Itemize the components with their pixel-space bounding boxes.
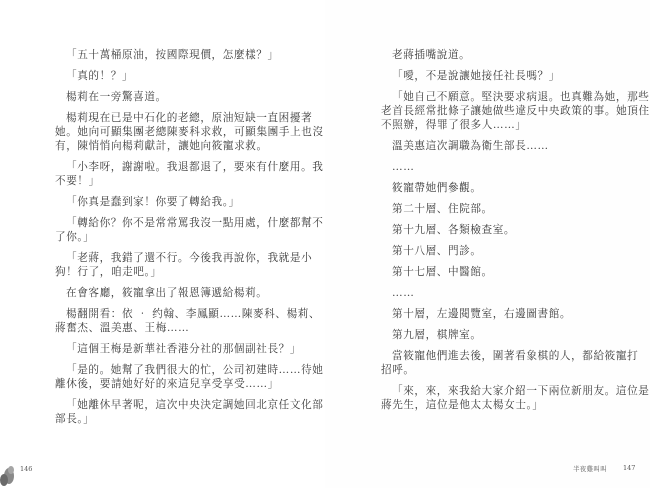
text-line: 在會客廳，筱寵拿出了報恩簿遞給楊莉。: [66, 286, 311, 300]
paragraph: ……: [392, 160, 640, 174]
paragraph: ……: [392, 286, 640, 300]
right-page: 老蔣插嘴說道。「噯，不是說讓她接任社長嗎？」「她自己不願意。堅決要求病退。也真難…: [325, 0, 650, 488]
paragraph: 在會客廳，筱寵拿出了報恩簿遞給楊莉。: [66, 286, 311, 300]
paragraph: 「她離休早著呢，這次中央決定調她回北京任文化部部長。」: [66, 398, 311, 426]
text-line: 「她自己不願意。堅決要求病退。也真難為她，那些: [392, 90, 640, 104]
paragraph: 「是的。她幫了我們很大的忙，公司初建時……待她離休後，要請她好好的來這兒享受享受…: [66, 363, 311, 391]
text-line: 了你。」: [55, 230, 311, 244]
text-line: 狗！行了，咱走吧。」: [55, 265, 311, 279]
paragraph: 「老蔣，我錯了還不行。今後我再說你，我就是小狗！行了，咱走吧。」: [66, 251, 311, 279]
text-line: 第十九層、各類檢查室。: [392, 223, 640, 237]
paragraph: 老蔣插嘴說道。: [392, 48, 640, 62]
text-line: 不照辦，得罪了很多人……」: [381, 118, 640, 132]
paragraph: 筱寵帶她們參觀。: [392, 181, 640, 195]
paragraph: 第十八層、門診。: [392, 244, 640, 258]
text-line: 筱寵帶她們參觀。: [392, 181, 640, 195]
text-line: 她。她向可顯集團老總陳麥科求救，可顯集團手上也沒: [55, 125, 311, 139]
text-line: ……: [392, 160, 640, 174]
text-line: 楊莉在一旁驚喜道。: [66, 90, 311, 104]
text-line: 「是的。她幫了我們很大的忙，公司初建時……待她: [66, 363, 311, 377]
paragraph: 「噯，不是說讓她接任社長嗎？」: [392, 69, 640, 83]
page-number-right: 147: [623, 464, 635, 472]
text-line: 第十八層、門診。: [392, 244, 640, 258]
text-line: 不要！」: [55, 174, 311, 188]
paragraph: 「她自己不願意。堅決要求病退。也真難為她，那些老首長經常批條子讓她做些違反中央政…: [392, 90, 640, 132]
paragraph: 楊翻開看：依 ‧ 约翰、李鳳顯……陳麥科、楊莉、蔣奮杰、溫美惠、王梅……: [66, 307, 311, 335]
paragraph: 「小李呀，謝謝啦。我退都退了，要來有什麼用。我不要！」: [66, 160, 311, 188]
text-line: ……: [392, 286, 640, 300]
paragraph: 楊莉現在已是中石化的老總，原油短缺一直困擾著她。她向可顯集團老總陳麥科求救，可顯…: [66, 111, 311, 153]
text-line: 「老蔣，我錯了還不行。今後我再說你，我就是小: [66, 251, 311, 265]
text-line: 楊莉現在已是中石化的老總，原油短缺一直困擾著: [66, 111, 311, 125]
right-page-body: 老蔣插嘴說道。「噯，不是說讓她接任社長嗎？」「她自己不願意。堅決要求病退。也真難…: [392, 48, 640, 419]
text-line: 第十層，左邊閱覽室，右邊圖書館。: [392, 307, 640, 321]
paragraph: 溫美惠這次調職為衛生部長……: [392, 139, 640, 153]
paragraph: 「這個王梅是新華社香港分社的那個副社長？」: [66, 342, 311, 356]
text-line: 第九層，棋牌室。: [392, 328, 640, 342]
paragraph: 第十層，左邊閱覽室，右邊圖書館。: [392, 307, 640, 321]
text-line: 「小李呀，謝謝啦。我退都退了，要來有什麼用。我: [66, 160, 311, 174]
paragraph: 「五十萬桶原油，按國際現價，怎麼樣？」: [66, 48, 311, 62]
text-line: 部長。」: [55, 412, 311, 426]
left-page: 「五十萬桶原油，按國際現價，怎麼樣？」「真的！？」楊莉在一旁驚喜道。楊莉現在已是…: [0, 0, 325, 488]
text-line: 「轉給你？你不是常常罵我沒一點用處，什麼都幫不: [66, 216, 311, 230]
paragraph: 第十九層、各類檢查室。: [392, 223, 640, 237]
text-line: 老首長經常批條子讓她做些違反中央政策的事。她頂住: [381, 104, 640, 118]
text-line: 當筱寵他們進去後，圍著看象棋的人，都給筱寵打: [392, 349, 640, 363]
running-head: 半夜雞叫叫: [573, 464, 607, 473]
paragraph: 當筱寵他們進去後，圍著看象棋的人，都給筱寵打招呼。: [392, 349, 640, 377]
paragraph: 「來，來，來我給大家介紹一下兩位新朋友。這位是蔣先生，這位是他太太楊女士。」: [392, 384, 640, 412]
paragraph: 第九層，棋牌室。: [392, 328, 640, 342]
text-line: 蔣先生，這位是他太太楊女士。」: [381, 398, 640, 412]
left-page-body: 「五十萬桶原油，按國際現價，怎麼樣？」「真的！？」楊莉在一旁驚喜道。楊莉現在已是…: [66, 48, 311, 433]
flower-ornament-icon: [0, 462, 16, 488]
paragraph: 「你真是蠢到家！你要了轉給我。」: [66, 195, 311, 209]
text-line: 「你真是蠢到家！你要了轉給我。」: [66, 195, 311, 209]
text-line: 老蔣插嘴說道。: [392, 48, 640, 62]
paragraph: 第十七層、中醫館。: [392, 265, 640, 279]
text-line: 第二十層、住院部。: [392, 202, 640, 216]
text-line: 招呼。: [381, 363, 640, 377]
text-line: 有，陳悄悄向楊莉獻計，讓她向筱寵求救。: [55, 139, 311, 153]
text-line: 蔣奮杰、溫美惠、王梅……: [55, 321, 311, 335]
text-line: 第十七層、中醫館。: [392, 265, 640, 279]
text-line: 「來，來，來我給大家介紹一下兩位新朋友。這位是: [392, 384, 640, 398]
paragraph: 「真的！？」: [66, 69, 311, 83]
text-line: 「這個王梅是新華社香港分社的那個副社長？」: [66, 342, 311, 356]
paragraph: 「轉給你？你不是常常罵我沒一點用處，什麼都幫不了你。」: [66, 216, 311, 244]
page-number-left: 146: [20, 465, 32, 473]
text-line: 「五十萬桶原油，按國際現價，怎麼樣？」: [66, 48, 311, 62]
text-line: 離休後，要請她好好的來這兒享受享受……」: [55, 377, 311, 391]
text-line: 「她離休早著呢，這次中央決定調她回北京任文化部: [66, 398, 311, 412]
text-line: 「噯，不是說讓她接任社長嗎？」: [392, 69, 640, 83]
paragraph: 第二十層、住院部。: [392, 202, 640, 216]
paragraph: 楊莉在一旁驚喜道。: [66, 90, 311, 104]
text-line: 溫美惠這次調職為衛生部長……: [392, 139, 640, 153]
text-line: 「真的！？」: [66, 69, 311, 83]
text-line: 楊翻開看：依 ‧ 约翰、李鳳顯……陳麥科、楊莉、: [66, 307, 311, 321]
